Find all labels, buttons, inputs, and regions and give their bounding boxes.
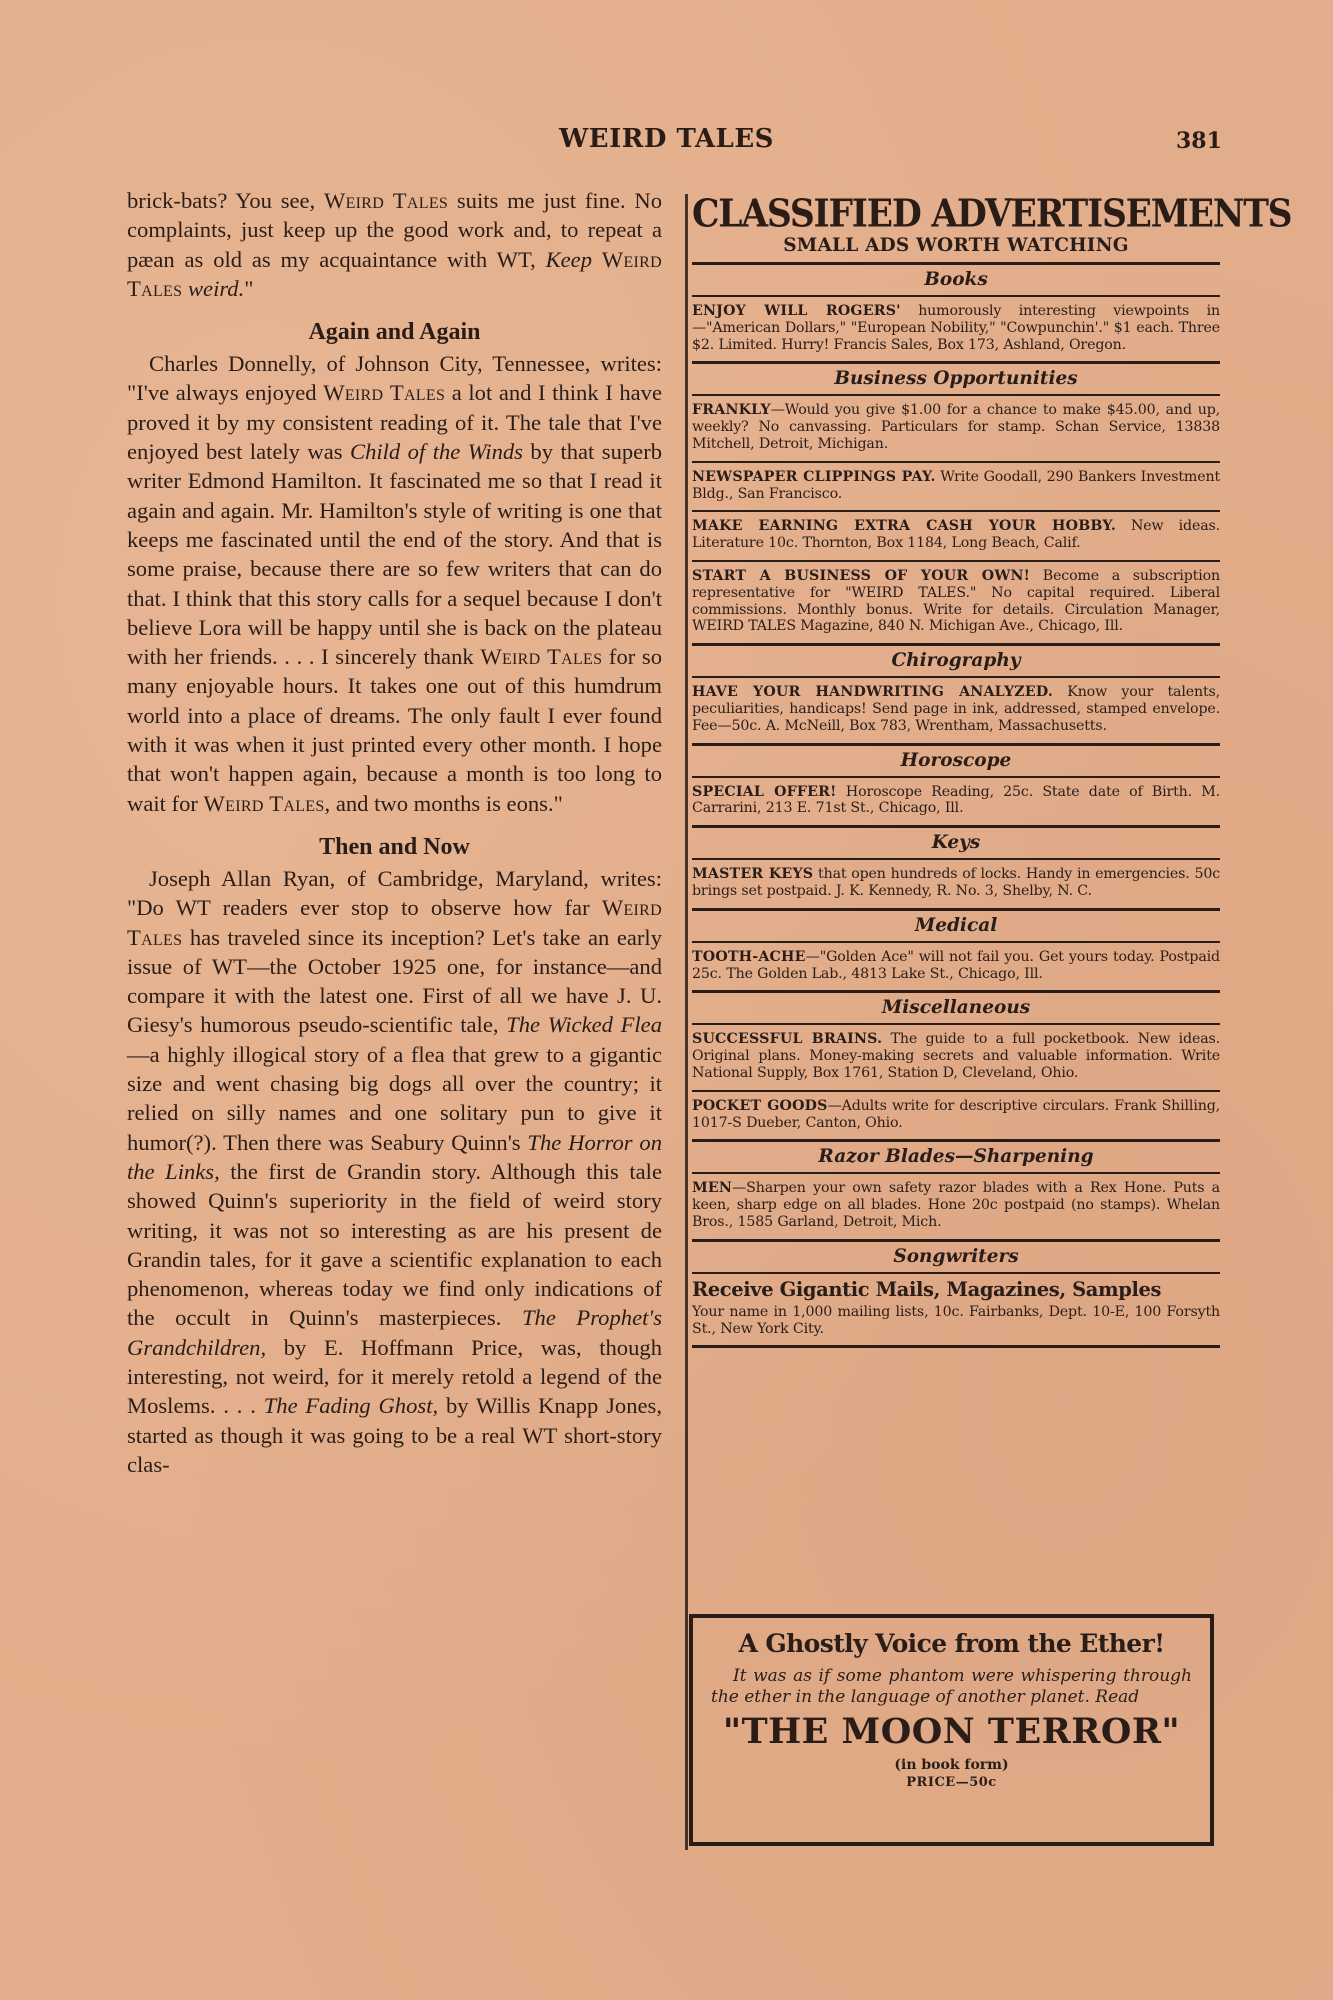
ad-lead: MASTER KEYS bbox=[692, 866, 813, 882]
ad-item: MEN—Sharpen your own safety razor blades… bbox=[692, 1180, 1220, 1230]
letter-donnelly: Charles Donnelly, of Johnson City, Tenne… bbox=[127, 349, 662, 818]
rule bbox=[692, 461, 1220, 463]
rule bbox=[692, 941, 1220, 943]
moon-terror-ad-box: A Ghostly Voice from the Ether! It was a… bbox=[689, 1614, 1214, 1846]
ad-item: POCKET GOODS—Adults write for descriptiv… bbox=[692, 1098, 1220, 1132]
ad-item: MASTER KEYS that open hundreds of locks.… bbox=[692, 866, 1220, 900]
story-title: Child of the Winds bbox=[350, 439, 523, 464]
rule bbox=[692, 394, 1220, 396]
classified-subtitle: SMALL ADS WORTH WATCHING bbox=[692, 235, 1220, 257]
rule bbox=[692, 295, 1220, 297]
section-heading-again-and-again: Again and Again bbox=[127, 317, 662, 347]
ad-body: —Would you give $1.00 for a chance to ma… bbox=[692, 402, 1220, 452]
rule bbox=[692, 1172, 1220, 1174]
emphasis: Keep bbox=[546, 247, 592, 272]
rule bbox=[692, 1272, 1220, 1274]
ad-item: NEWSPAPER CLIPPINGS PAY. Write Goodall, … bbox=[692, 469, 1220, 503]
ad-lead: NEWSPAPER CLIPPINGS PAY. bbox=[692, 469, 936, 485]
category-business-opportunities: Business Opportunities bbox=[692, 364, 1220, 394]
ad-item: HAVE YOUR HANDWRITING ANALYZED. Know you… bbox=[692, 684, 1220, 734]
classified-ads-column: CLASSIFIED ADVERTISEMENTS SMALL ADS WORT… bbox=[692, 186, 1220, 1348]
ad-item: SUCCESSFUL BRAINS. The guide to a full p… bbox=[692, 1031, 1220, 1081]
ad-lead: POCKET GOODS bbox=[692, 1098, 828, 1114]
text: by that superb writer Edmond Hamilton. I… bbox=[127, 439, 662, 669]
category-chirography: Chirography bbox=[692, 646, 1220, 676]
story-title: The Fading Ghost, bbox=[264, 1393, 438, 1418]
category-miscellaneous: Miscellaneous bbox=[692, 993, 1220, 1023]
section-heading-then-and-now: Then and Now bbox=[127, 832, 662, 862]
category-keys: Keys bbox=[692, 828, 1220, 858]
column-divider bbox=[685, 194, 688, 1850]
ad-lead: FRANKLY bbox=[692, 402, 771, 418]
promo-format: (in book form) bbox=[711, 1756, 1192, 1774]
ad-body: Your name in 1,000 mailing lists, 10c. F… bbox=[692, 1304, 1220, 1337]
text: Joseph Allan Ryan, of Cambridge, Marylan… bbox=[127, 866, 662, 920]
story-title: The Wicked Flea bbox=[506, 1012, 662, 1037]
ad-lead: ENJOY WILL ROGERS' bbox=[692, 303, 901, 319]
text: brick-bats? You see, bbox=[127, 188, 324, 213]
ad-item: TOOTH-ACHE—"Golden Ace" will not fail yo… bbox=[692, 949, 1220, 983]
ad-lead: SPECIAL OFFER! bbox=[692, 784, 837, 800]
ad-item: MAKE EARNING EXTRA CASH YOUR HOBBY. New … bbox=[692, 518, 1220, 552]
running-header-title: WEIRD TALES bbox=[0, 124, 1333, 154]
category-horoscope: Horoscope bbox=[692, 746, 1220, 776]
ad-lead: HAVE YOUR HANDWRITING ANALYZED. bbox=[692, 684, 1053, 700]
rule bbox=[692, 1090, 1220, 1092]
ad-item: START A BUSINESS OF YOUR OWN! Become a s… bbox=[692, 568, 1220, 635]
ad-item: FRANKLY—Would you give $1.00 for a chanc… bbox=[692, 402, 1220, 452]
letter-ryan: Joseph Allan Ryan, of Cambridge, Marylan… bbox=[127, 864, 662, 1479]
magazine-name: Weird Tales bbox=[480, 644, 602, 669]
rule bbox=[692, 676, 1220, 678]
ad-item: Your name in 1,000 mailing lists, 10c. F… bbox=[692, 1304, 1220, 1338]
rule bbox=[692, 1345, 1220, 1348]
page-number: 381 bbox=[1176, 128, 1222, 154]
promo-text: It was as if some phantom were whisperin… bbox=[711, 1666, 1192, 1708]
rule bbox=[692, 510, 1220, 512]
text bbox=[592, 247, 602, 272]
rule bbox=[692, 776, 1220, 778]
ad-lead: SUCCESSFUL BRAINS. bbox=[692, 1031, 882, 1047]
magazine-name: Weird Tales bbox=[204, 791, 325, 816]
rule bbox=[692, 560, 1220, 562]
rule bbox=[692, 1023, 1220, 1025]
ad-lead: MAKE EARNING EXTRA CASH YOUR HOBBY. bbox=[692, 518, 1116, 534]
magazine-page: WEIRD TALES 381 brick-bats? You see, Wei… bbox=[0, 0, 1333, 2000]
ad-lead: START A BUSINESS OF YOUR OWN! bbox=[692, 568, 1030, 584]
promo-price: PRICE—50c bbox=[711, 1774, 1192, 1792]
category-medical: Medical bbox=[692, 911, 1220, 941]
promo-book-title: "THE MOON TERROR" bbox=[711, 1712, 1192, 1752]
ad-body: —Sharpen your own safety razor blades wi… bbox=[692, 1180, 1220, 1230]
magazine-name: Weird Tales bbox=[323, 380, 445, 405]
promo-headline: A Ghostly Voice from the Ether! bbox=[711, 1628, 1192, 1660]
ad-item: SPECIAL OFFER! Horoscope Reading, 25c. S… bbox=[692, 784, 1220, 818]
text: , and two months is eons." bbox=[325, 791, 563, 816]
category-songwriters: Songwriters bbox=[692, 1242, 1220, 1272]
letters-column: brick-bats? You see, Weird Tales suits m… bbox=[127, 186, 662, 1479]
category-razor-blades: Razor Blades—Sharpening bbox=[692, 1142, 1220, 1172]
ad-lead: TOOTH-ACHE bbox=[692, 949, 806, 965]
classified-title: CLASSIFIED ADVERTISEMENTS bbox=[692, 192, 1220, 237]
text: " bbox=[244, 276, 253, 301]
ad-headline: Receive Gigantic Mails, Magazines, Sampl… bbox=[692, 1278, 1220, 1302]
emphasis: weird. bbox=[188, 276, 244, 301]
ad-lead: MEN bbox=[692, 1180, 732, 1196]
ad-item: ENJOY WILL ROGERS' humorously interestin… bbox=[692, 303, 1220, 353]
magazine-name: Weird Tales bbox=[324, 188, 448, 213]
rule bbox=[692, 858, 1220, 860]
letter-fragment: brick-bats? You see, Weird Tales suits m… bbox=[127, 186, 662, 303]
category-books: Books bbox=[692, 265, 1220, 295]
